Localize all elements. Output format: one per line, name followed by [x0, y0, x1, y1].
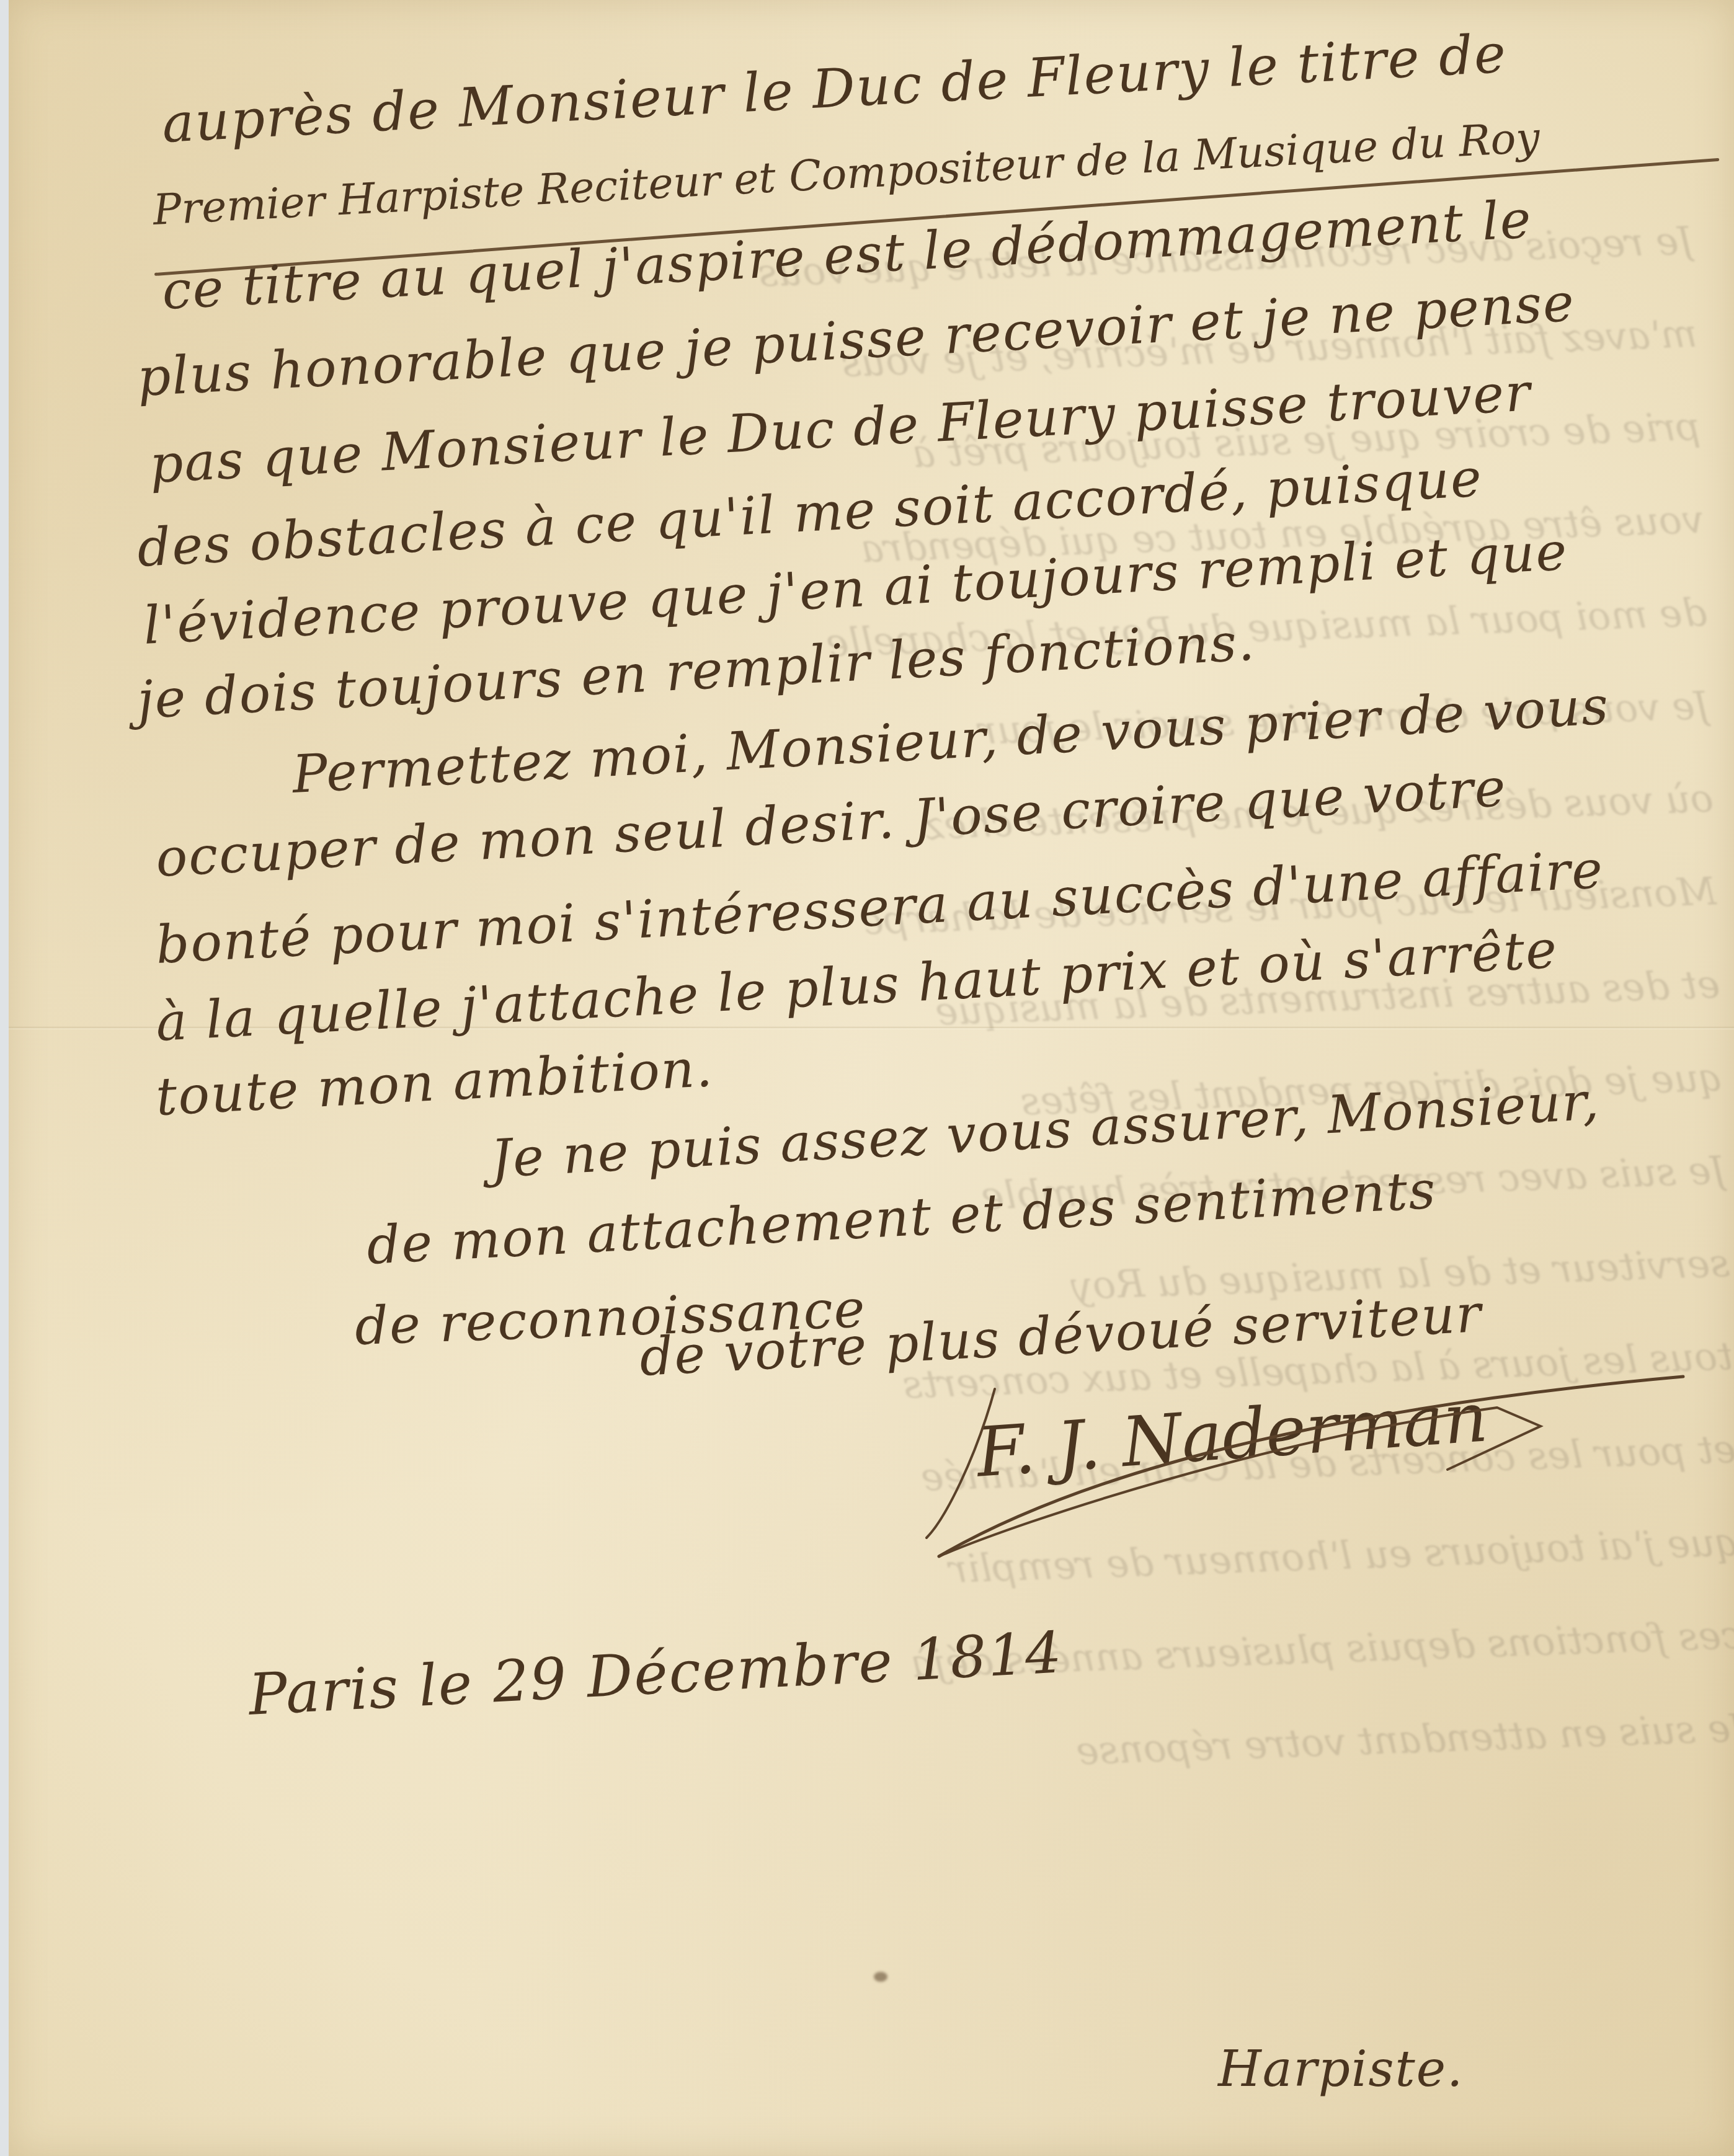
ink-blot — [874, 1972, 887, 1982]
signature-flourish — [902, 1333, 1708, 1569]
scan-edge — [0, 0, 9, 2156]
letter-line-13: toute mon ambition. — [154, 1037, 715, 1127]
dateline: Paris le 29 Décembre 1814 — [247, 1619, 1064, 1728]
footer-harpiste: Harpiste. — [1218, 2040, 1464, 2098]
letter-page: Je reçois avec reconnaissance la lettre … — [9, 0, 1734, 2156]
